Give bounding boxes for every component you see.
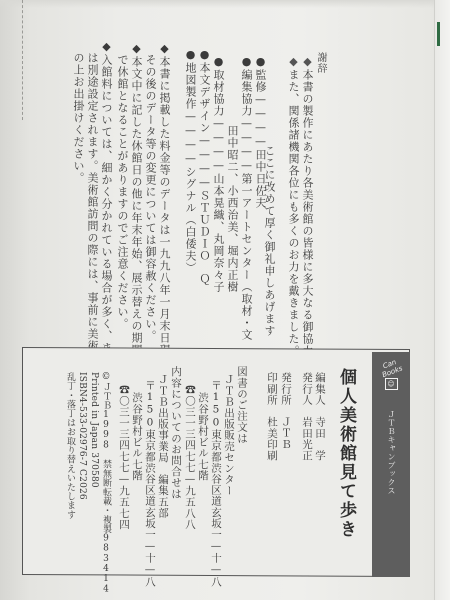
credit-supervisor: ●監修————田中日佐夫 xyxy=(254,55,267,209)
green-bookmark-tab xyxy=(437,22,440,46)
acknowledgements-heading: 謝辞 xyxy=(314,52,327,74)
note-line-7: の上お出掛けください。 xyxy=(72,52,85,184)
order-center: ＪＴＢ出版販売センター xyxy=(223,374,235,496)
copyright-line: ©ＪＴＢ1998 禁無断転載・複製983414 xyxy=(100,372,112,595)
can-books-logo-icon: Can Books ☺ xyxy=(375,360,407,402)
contents-address-2: 渋谷野村ビル七階 xyxy=(131,392,143,481)
replacement-notice: 乱丁・落丁はお取り替えいたします xyxy=(64,372,76,519)
ack-line-2: また、関係諸機関各位にも多くのお力を戴きました。 xyxy=(287,55,300,357)
series-name: ＪＴＢキャンブックス xyxy=(386,410,397,495)
publisher-person-line: 発行人 岩田光正 xyxy=(301,372,313,461)
credit-interview-cooperation: ●取材協力————山本晃織、丸岡奈々子 xyxy=(212,55,225,293)
printed-in-japan: Printed in Japan 370580 xyxy=(88,372,100,488)
order-address-2: 渋谷野村ビル七階 xyxy=(197,392,209,481)
isbn-line: ISBN4-533-02976-7 C2026 xyxy=(76,372,88,500)
printer-line: 印刷所 杜美印刷 xyxy=(266,372,278,461)
note-line-2: その後のデータ等の変更については御容赦ください。 xyxy=(144,54,157,342)
publisher-line: 発行所 ＪＴＢ xyxy=(280,372,292,450)
order-heading: 図書のご注文は xyxy=(236,366,248,444)
contents-dept: ＪＴＢ出版事業局 編集五部 xyxy=(157,374,169,518)
book-page: 謝辞 本書の製作にあたり各美術館の皆様に多大なる御協力を賜わりました。 また、関… xyxy=(0,0,450,600)
credit-map-production: ●地図製作————シグナル（白倭夫） xyxy=(184,48,197,274)
credit-text-design: ●本文デザイン————ＳＴＵＤＩＯ Ｑ xyxy=(198,48,211,286)
order-address-1: 〒150東京都渋谷区道玄坂一—十—八 xyxy=(210,380,222,587)
credit-editorial-cooperation-cont: 田中昭二、小西治美、堀内正樹 xyxy=(226,125,239,293)
order-phone: 〇三一三四七七—九五八八 xyxy=(184,384,196,530)
page-edge xyxy=(434,0,450,600)
note-line-4: で休館となることがありますのでご注意ください。 xyxy=(116,54,129,330)
contents-address-1: 〒150東京都渋谷区道玄坂一—十—八 xyxy=(144,380,156,587)
binding-gutter xyxy=(22,0,25,120)
book-mascot-icon: ☺ xyxy=(385,378,398,390)
page-shadow xyxy=(0,0,450,8)
contents-phone: 〇三一三四七七—九五七四 xyxy=(118,384,130,530)
contents-heading: 内容についてのお問合せは xyxy=(170,366,182,499)
editor-line: 編集人 寺田 学 xyxy=(314,372,326,461)
book-title: 個人美術館見て歩き xyxy=(334,368,359,539)
